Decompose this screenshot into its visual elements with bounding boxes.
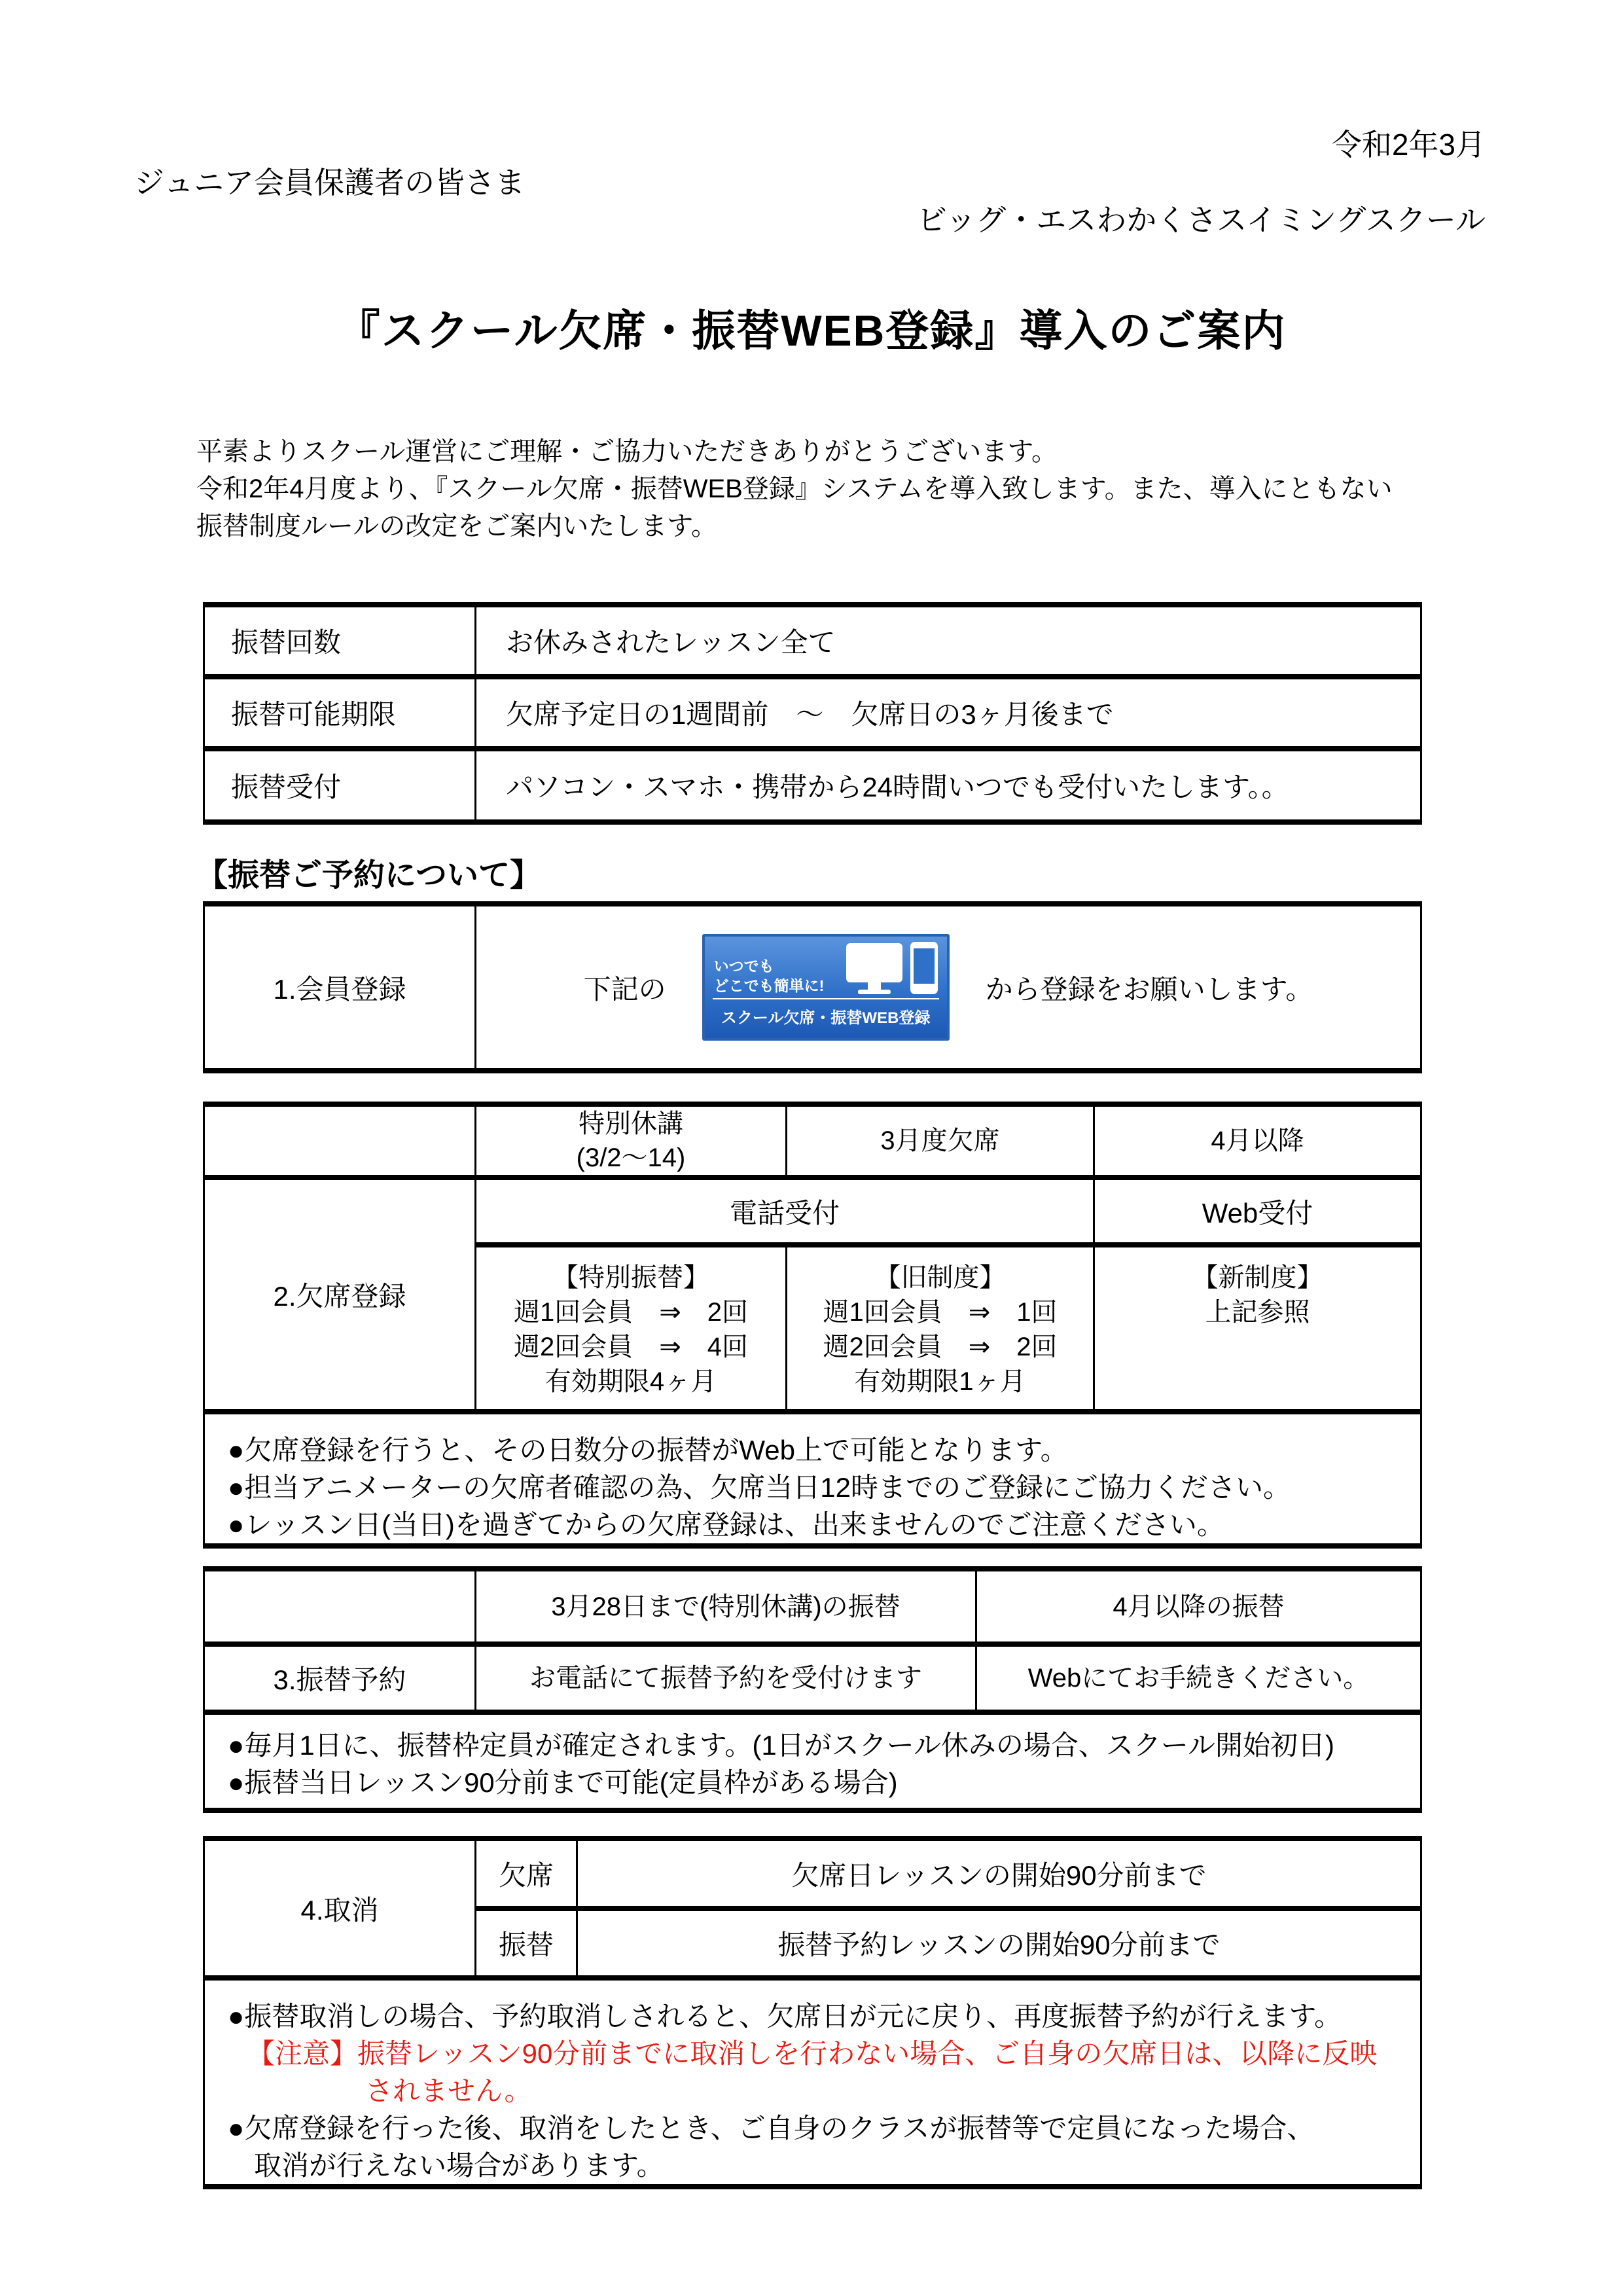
cancel-makeup-value: 振替予約レッスンの開始90分前まで (577, 1909, 1421, 1978)
col-header-march: 3月度欠席 (787, 1104, 1094, 1177)
cancel-notes: ●振替取消しの場合、予約取消しされると、欠席日が元に戻り、再度振替予約が行えます… (204, 1978, 1421, 2187)
warning-note-line: されません。 (228, 2072, 1407, 2109)
note-line: ●振替当日レッスン90分前まで可能(定員枠がある場合) (228, 1764, 1407, 1801)
banner-tagline: いつでも どこでも簡単に! (714, 956, 825, 997)
intro-line: 平素よりスクール運営にご理解・ご協力いただきありがとうございます。 (196, 433, 1393, 471)
absence-notes: ●欠席登録を行うと、その日数分の振替がWeb上で可能となります。 ●担当アニメー… (204, 1412, 1421, 1546)
table-row: ●振替取消しの場合、予約取消しされると、欠席日が元に戻り、再度振替予約が行えます… (204, 1978, 1421, 2187)
document-title: 『スクール欠席・振替WEB登録』導入のご案内 (0, 296, 1623, 358)
note-line: ●振替取消しの場合、予約取消しされると、欠席日が元に戻り、再度振替予約が行えます… (228, 1998, 1407, 2035)
intro-line: 令和2年4月度より、『スクール欠席・振替WEB登録』システムを導入致します。また… (196, 471, 1393, 508)
table-row: 2.欠席登録 電話受付 Web受付 (204, 1177, 1421, 1245)
monitor-icon (846, 943, 904, 994)
row-label: 振替回数 (204, 605, 476, 677)
row-value: お休みされたレッスン全て (476, 605, 1421, 677)
intro-line: 振替制度ルールの改定をご案内いたします。 (196, 508, 1393, 545)
table-row: ●毎月1日に、振替枠定員が確定されます。(1日がスクール休みの場合、スクール開始… (204, 1712, 1421, 1810)
empty-corner-cell (204, 1104, 476, 1177)
table-row: 振替可能期限 欠席予定日の1週間前 ～ 欠席日の3ヶ月後まで (204, 677, 1421, 749)
row-value: パソコン・スマホ・携帯から24時間いつでも受付いたします。。 (476, 749, 1421, 822)
section-heading: 【振替ご予約について】 (196, 850, 541, 895)
table-row: 3月28日まで(特別休講)の振替 4月以降の振替 (204, 1569, 1421, 1644)
warning-note-line: 【注意】振替レッスン90分前までに取消しを行わない場合、ご自身の欠席日は、以降に… (228, 2035, 1407, 2072)
note-line: 取消が行えない場合があります。 (228, 2147, 1407, 2184)
empty-corner-cell (204, 1569, 476, 1644)
banner-tagline-line1: いつでも (714, 956, 825, 976)
cancel-absence-value: 欠席日レッスンの開始90分前まで (577, 1839, 1421, 1909)
note-line: ●毎月1日に、振替枠定員が確定されます。(1日がスクール休みの場合、スクール開始… (228, 1727, 1407, 1764)
web-reception-cell: Web受付 (1094, 1177, 1421, 1245)
table-row: 振替受付 パソコン・スマホ・携帯から24時間いつでも受付いたします。。 (204, 749, 1421, 822)
makeup-notes: ●毎月1日に、振替枠定員が確定されます。(1日がスクール休みの場合、スクール開始… (204, 1712, 1421, 1810)
registration-pre-text: 下記の (584, 968, 666, 1007)
school-name-line: ビッグ・エスわかくさスイミングスクール (196, 196, 1486, 240)
registration-table: 1.会員登録 下記の いつでも どこでも簡単に! (203, 901, 1422, 1073)
cancel-table: 4.取消 欠席 欠席日レッスンの開始90分前まで 振替 振替予約レッスンの開始9… (203, 1836, 1422, 2189)
date-line: 令和2年3月 (196, 121, 1486, 164)
table-row: 振替回数 お休みされたレッスン全て (204, 605, 1421, 677)
table-row: 1.会員登録 下記の いつでも どこでも簡単に! (204, 904, 1421, 1071)
special-rule-cell: 【特別振替】 週1回会員 ⇒ 2回 週2回会員 ⇒ 4回 有効期限4ヶ月 (476, 1245, 787, 1412)
registration-label: 1.会員登録 (204, 904, 476, 1071)
banner-title: スクール欠席・振替WEB登録 (705, 999, 947, 1028)
cancel-absence-label: 欠席 (476, 1839, 577, 1909)
document-page: 令和2年3月 ジュニア会員保護者の皆さま ビッグ・エスわかくさスイミングスクール… (0, 0, 1623, 2296)
summary-table: 振替回数 お休みされたレッスン全て 振替可能期限 欠席予定日の1週間前 ～ 欠席… (203, 602, 1422, 825)
table-row: ●欠席登録を行うと、その日数分の振替がWeb上で可能となります。 ●担当アニメー… (204, 1412, 1421, 1546)
registration-content-cell: 下記の いつでも どこでも簡単に! (476, 904, 1421, 1071)
cancel-label: 4.取消 (204, 1839, 476, 1978)
row-value: 欠席予定日の1週間前 ～ 欠席日の3ヶ月後まで (476, 677, 1421, 749)
banner-tagline-line2: どこでも簡単に! (714, 976, 825, 996)
col-header-april: 4月以降 (1094, 1104, 1421, 1177)
phone-reception-cell: 電話受付 (476, 1177, 1094, 1245)
registration-post-text: から登録をお願いします。 (986, 968, 1313, 1007)
web-registration-banner: いつでも どこでも簡単に! (702, 934, 950, 1041)
makeup-web-cell: Webにてお手続きください。 (976, 1644, 1421, 1712)
smartphone-icon (910, 942, 938, 994)
makeup-phone-cell: お電話にて振替予約を受付けます (476, 1644, 976, 1712)
makeup-header-april: 4月以降の振替 (976, 1569, 1421, 1644)
table-row: 3.振替予約 お電話にて振替予約を受付けます Webにてお手続きください。 (204, 1644, 1421, 1712)
note-line: ●欠席登録を行った後、取消をしたとき、ご自身のクラスが振替等で定員になった場合、 (228, 2109, 1407, 2147)
note-line: ●レッスン日(当日)を過ぎてからの欠席登録は、出来ませんのでご注意ください。 (228, 1506, 1407, 1543)
row-label: 振替受付 (204, 749, 476, 822)
col-header-special: 特別休講 (3/2～14) (476, 1104, 787, 1177)
table-row: 4.取消 欠席 欠席日レッスンの開始90分前まで (204, 1839, 1421, 1909)
table-row: 特別休講 (3/2～14) 3月度欠席 4月以降 (204, 1104, 1421, 1177)
makeup-table: 3月28日まで(特別休講)の振替 4月以降の振替 3.振替予約 お電話にて振替予… (203, 1566, 1422, 1813)
note-line: ●欠席登録を行うと、その日数分の振替がWeb上で可能となります。 (228, 1431, 1407, 1469)
note-line: ●担当アニメーターの欠席者確認の為、欠席当日12時までのご登録にご協力ください。 (228, 1469, 1407, 1506)
makeup-header-march: 3月28日まで(特別休講)の振替 (476, 1569, 976, 1644)
intro-paragraph: 平素よりスクール運営にご理解・ご協力いただきありがとうございます。 令和2年4月… (196, 433, 1393, 545)
absence-label: 2.欠席登録 (204, 1177, 476, 1412)
old-rule-cell: 【旧制度】 週1回会員 ⇒ 1回 週2回会員 ⇒ 2回 有効期限1ヶ月 (787, 1245, 1094, 1412)
row-label: 振替可能期限 (204, 677, 476, 749)
cancel-makeup-label: 振替 (476, 1909, 577, 1978)
absence-table: 特別休講 (3/2～14) 3月度欠席 4月以降 2.欠席登録 電話受付 Web… (203, 1102, 1422, 1549)
new-rule-cell: 【新制度】 上記参照 (1094, 1245, 1421, 1412)
makeup-label: 3.振替予約 (204, 1644, 476, 1712)
